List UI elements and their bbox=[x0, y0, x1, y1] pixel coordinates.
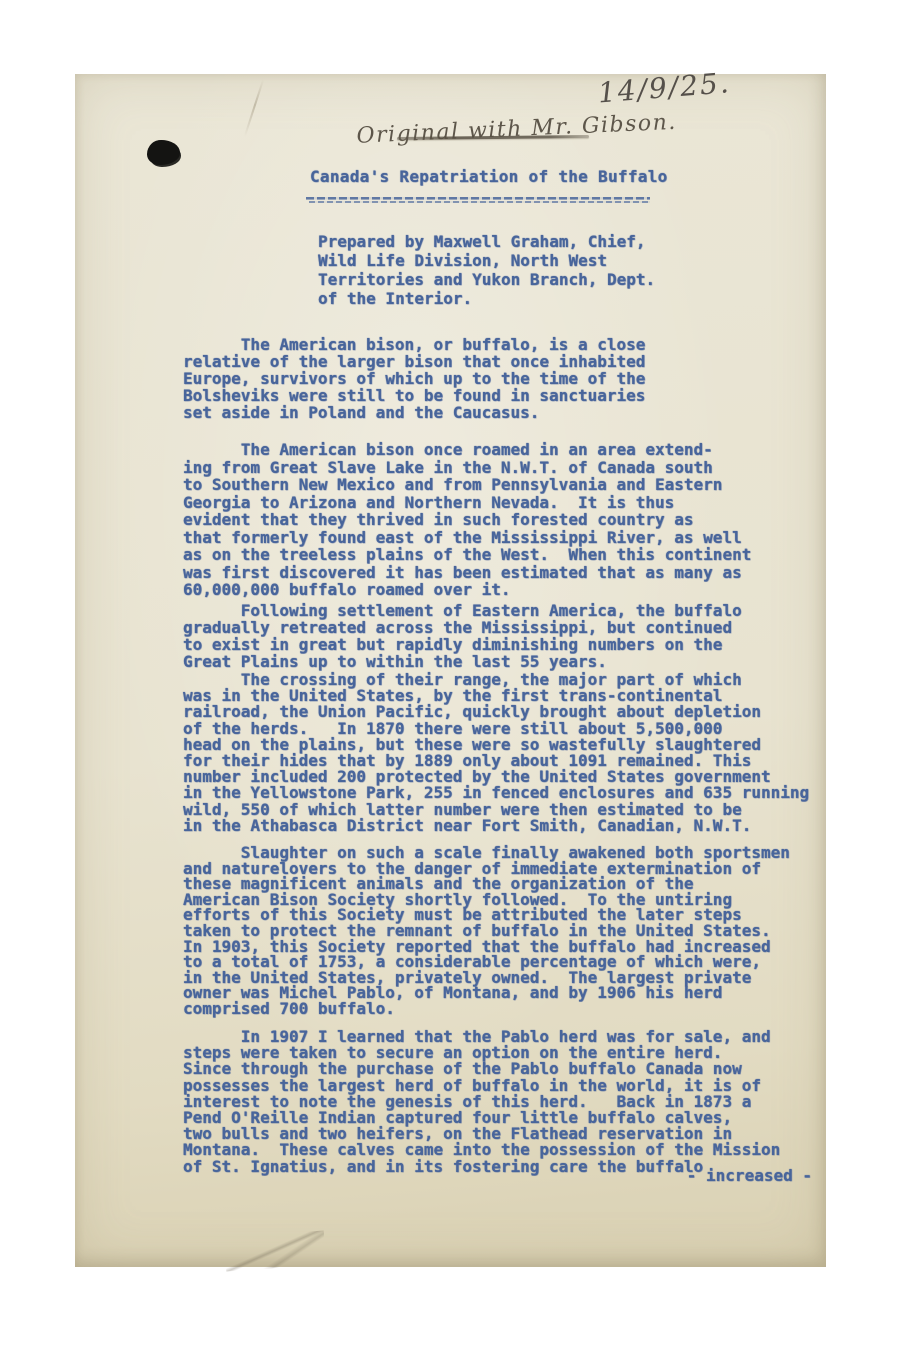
paragraph-1: The American bison, or buffalo, is a clo… bbox=[183, 336, 645, 421]
annotation-text: Original with Mr. Gibson. bbox=[356, 110, 677, 149]
title-underline-rule bbox=[306, 197, 650, 204]
paper-crease bbox=[244, 79, 264, 137]
scanned-typescript-document: { "page": { "annotation": { "text": "Ori… bbox=[0, 0, 900, 1350]
continuation-catchword: - increased - bbox=[687, 1168, 812, 1184]
paragraph-6: In 1907 I learned that the Pablo herd wa… bbox=[183, 1029, 780, 1175]
paragraph-3: Following settlement of Eastern America,… bbox=[183, 602, 742, 670]
ink-blot bbox=[147, 140, 180, 165]
pencil-scuff bbox=[224, 1231, 326, 1272]
document-title: Canada's Repatriation of the Buffalo bbox=[310, 168, 668, 186]
byline-block: Prepared by Maxwell Graham, Chief, Wild … bbox=[318, 232, 655, 308]
paragraph-2: The American bison once roamed in an are… bbox=[183, 441, 751, 599]
paragraph-4: The crossing of their range, the major p… bbox=[183, 672, 809, 834]
annotation-date: 14/9/25. bbox=[597, 66, 732, 109]
paper-page: Original with Mr. Gibson. 14/9/25. Canad… bbox=[75, 74, 826, 1267]
paragraph-5: Slaughter on such a scale finally awaken… bbox=[183, 845, 790, 1017]
